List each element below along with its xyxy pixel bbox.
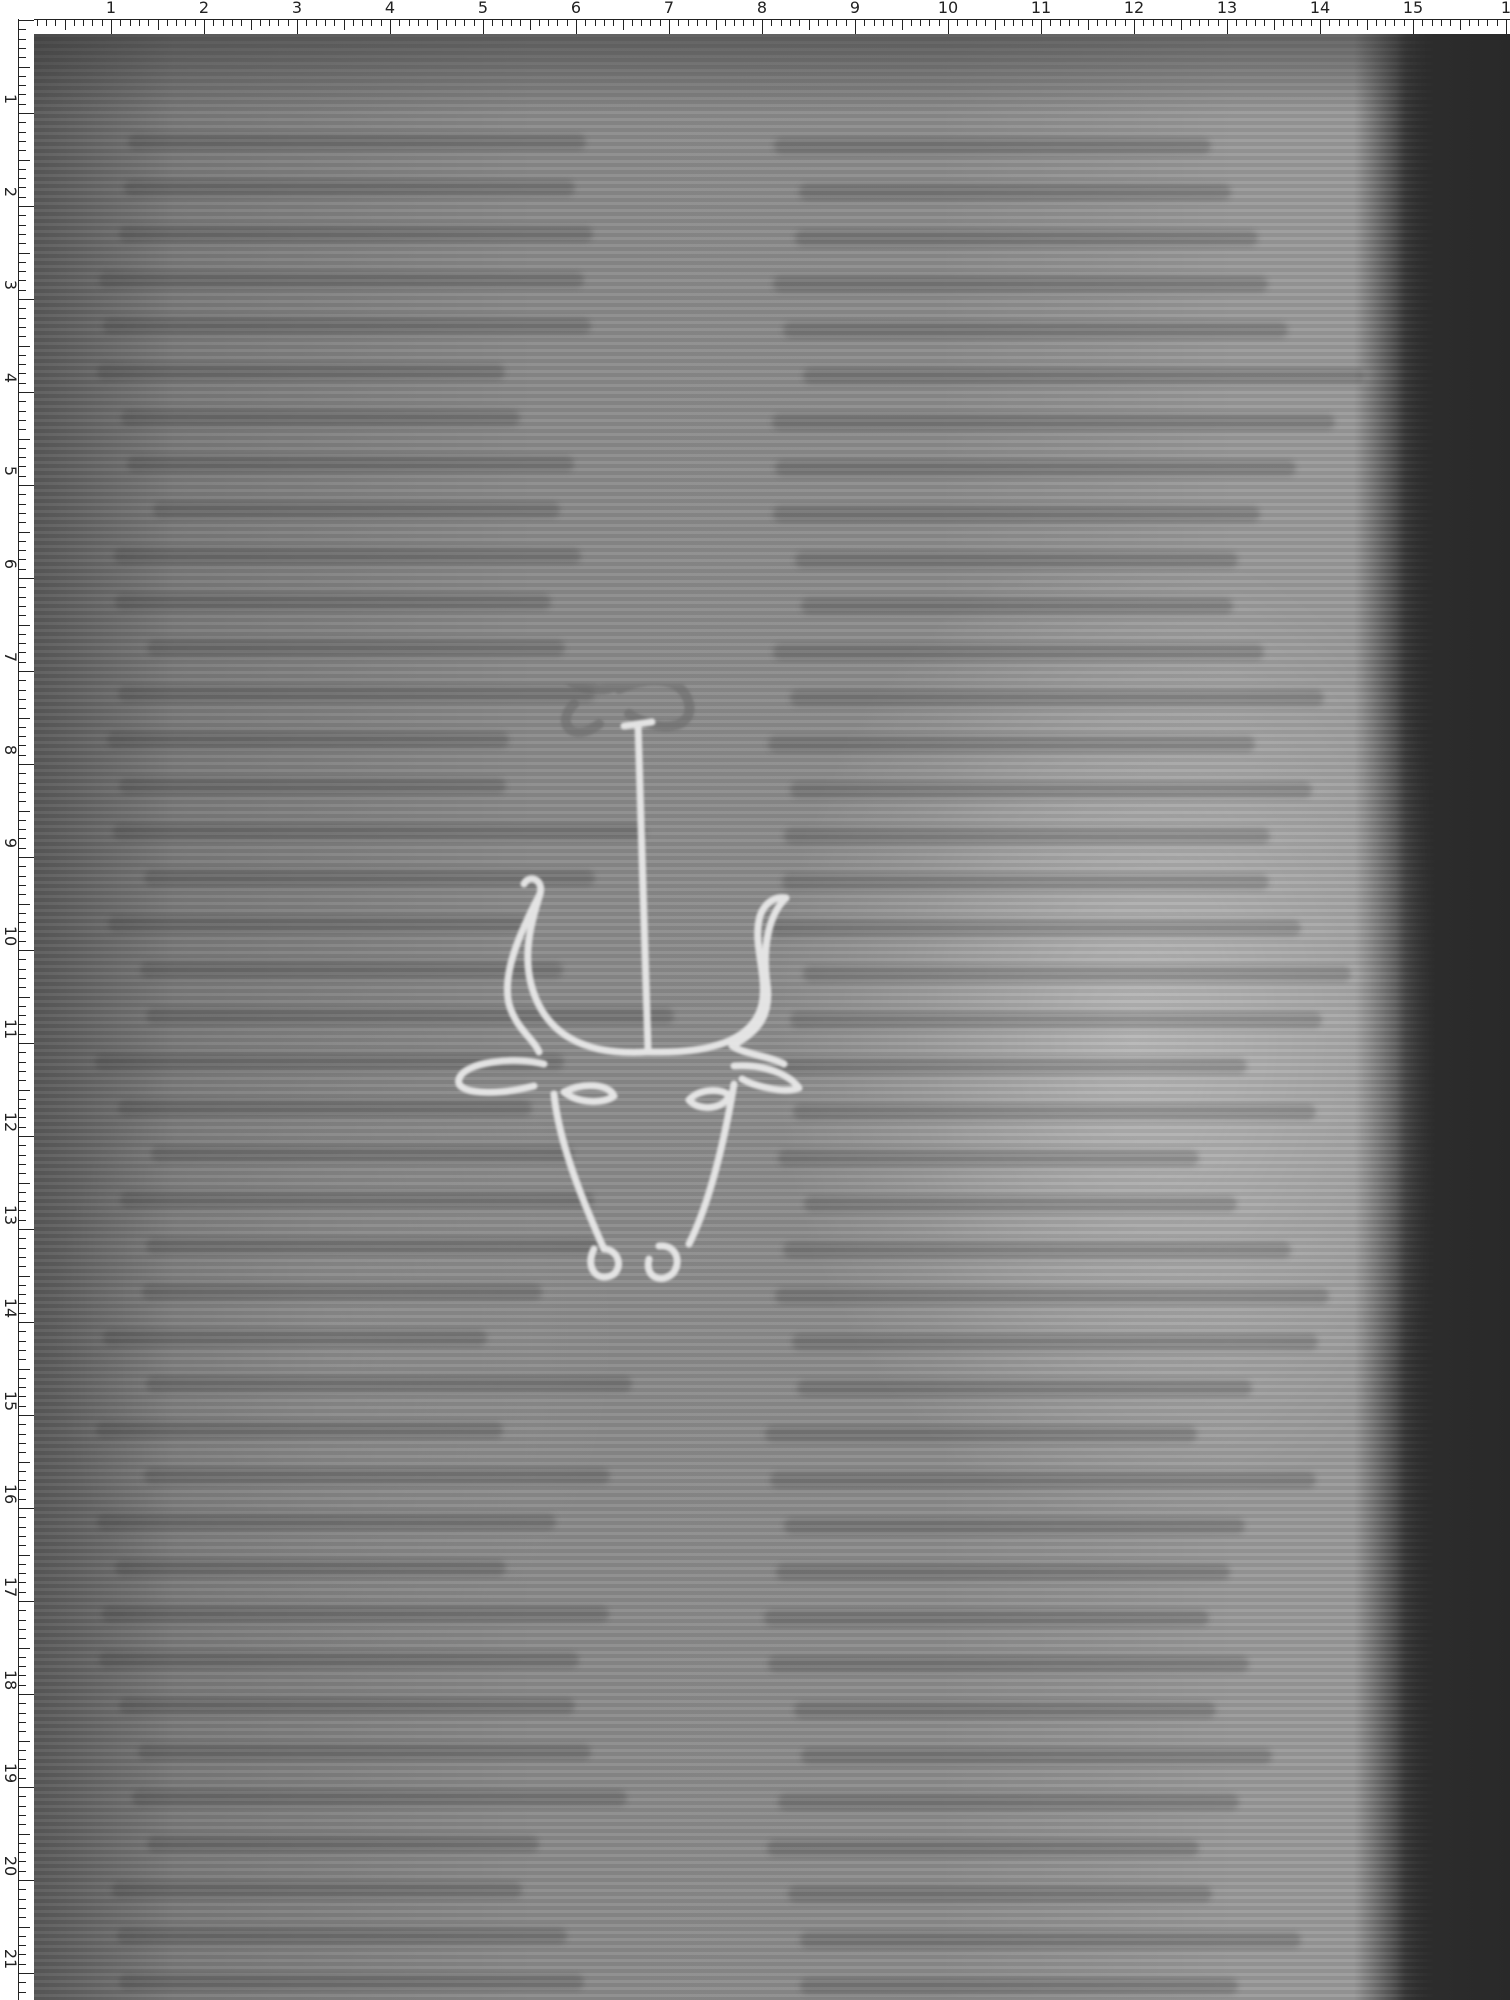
ruler-tick <box>19 1396 26 1397</box>
ruler-label: 12 <box>2 1110 18 1134</box>
ruler-tick <box>19 671 34 672</box>
ruler-tick <box>725 20 726 26</box>
ruler-tick <box>19 941 26 942</box>
ruler-tick <box>19 1648 30 1649</box>
ruler-tick <box>19 513 26 514</box>
ruler-tick <box>19 336 26 337</box>
ruler-tick <box>799 20 800 26</box>
ruler-tick <box>19 448 26 449</box>
ruler-tick <box>985 20 986 26</box>
ruler-tick <box>19 271 26 272</box>
ruler-tick <box>1041 20 1042 34</box>
ruler-label: 9 <box>850 0 860 16</box>
ruler-tick <box>19 1062 26 1063</box>
ruler-tick <box>539 20 540 26</box>
ruler-tick <box>19 411 26 412</box>
ruler-tick <box>19 48 26 49</box>
ruler-tick <box>19 801 26 802</box>
ruler-tick <box>650 20 651 26</box>
shadow-band <box>1396 34 1510 2000</box>
ruler-tick <box>223 20 224 26</box>
ruler-tick <box>1181 20 1182 30</box>
ruler-tick <box>19 727 26 728</box>
ruler-tick <box>19 215 26 216</box>
ruler-tick <box>883 20 884 26</box>
ruler-tick <box>1134 20 1135 34</box>
ruler-tick <box>557 20 558 26</box>
ruler-tick <box>864 20 865 26</box>
ruler-tick <box>19 718 30 719</box>
ruler-tick <box>1143 20 1144 26</box>
left-ruler: 123456789101112131415161718192021 <box>0 0 34 2000</box>
ruler-tick <box>911 20 912 26</box>
ruler-tick <box>19 857 34 858</box>
ruler-tick <box>1404 20 1405 26</box>
ruler-tick <box>19 57 26 58</box>
ruler-tick <box>204 20 205 34</box>
ruler-tick <box>929 20 930 26</box>
ruler-tick <box>418 20 419 26</box>
manuscript-scan <box>34 34 1510 2000</box>
ruler-tick <box>19 950 34 951</box>
ruler-tick <box>1394 20 1395 26</box>
ruler-tick <box>19 1508 34 1509</box>
ruler-tick <box>595 20 596 26</box>
ruler-tick <box>19 1117 26 1118</box>
ruler-tick <box>19 1694 34 1695</box>
ruler-tick <box>409 20 410 26</box>
ruler-label: 12 <box>1124 0 1144 16</box>
ruler-tick <box>19 1917 26 1918</box>
ruler-tick <box>19 820 26 821</box>
ruler-tick <box>19 1220 26 1221</box>
ruler-tick <box>706 20 707 26</box>
ruler-tick <box>19 1657 26 1658</box>
ruler-tick <box>19 1052 26 1053</box>
ruler-tick <box>19 643 26 644</box>
ruler-label: 11 <box>2 1017 18 1041</box>
ruler-tick <box>641 20 642 26</box>
ruler-tick <box>19 1899 26 1900</box>
ruler-tick <box>65 20 66 30</box>
ruler-tick <box>1227 20 1228 34</box>
ruler-tick <box>19 1703 26 1704</box>
ruler-label: 3 <box>292 0 302 16</box>
ruler-tick <box>19 1610 26 1611</box>
ruler-tick <box>19 1806 26 1807</box>
ruler-tick <box>1032 20 1033 26</box>
ruler-tick <box>1413 20 1414 34</box>
ruler-tick <box>19 318 26 319</box>
ruler-label: 5 <box>2 459 18 483</box>
ruler-tick <box>995 20 996 30</box>
ruler-tick <box>19 150 26 151</box>
ruler-tick <box>19 1629 26 1630</box>
ruler-tick <box>19 67 30 68</box>
ruler-tick <box>297 20 298 34</box>
ruler-tick <box>19 401 26 402</box>
ruler-tick <box>19 392 34 393</box>
ruler-tick <box>19 559 26 560</box>
ruler-tick <box>19 1024 26 1025</box>
ruler-tick <box>19 373 26 374</box>
ruler-tick <box>344 20 345 30</box>
ruler-tick <box>19 29 26 30</box>
ruler-tick <box>19 1462 30 1463</box>
ruler-tick <box>19 1034 26 1035</box>
ruler-tick <box>818 20 819 26</box>
ruler-tick <box>1311 20 1312 26</box>
ruler-tick <box>19 652 26 653</box>
ruler-label: 11 <box>1031 0 1051 16</box>
ruler-tick <box>585 20 586 26</box>
ruler-tick <box>1497 20 1498 26</box>
top-ruler: 01234567891011121314151 <box>0 0 1510 34</box>
ruler-tick <box>19 1787 34 1788</box>
ruler-label: 5 <box>478 0 488 16</box>
bull-head-watermark-icon <box>424 684 864 1324</box>
ruler-tick <box>19 1973 34 1974</box>
ruler-label: 19 <box>2 1761 18 1785</box>
ruler-tick <box>511 20 512 26</box>
ruler-tick <box>1078 20 1079 26</box>
ruler-tick <box>19 1982 26 1983</box>
ruler-tick <box>678 20 679 26</box>
ruler-tick <box>19 85 26 86</box>
ruler-label: 1 <box>1501 0 1510 16</box>
ruler-label: 7 <box>2 645 18 669</box>
ruler-tick <box>19 160 30 161</box>
ruler-tick <box>19 1443 26 1444</box>
ruler-tick <box>19 1164 26 1165</box>
ruler-tick <box>325 20 326 26</box>
ruler-tick <box>19 1527 26 1528</box>
ruler-tick <box>19 1238 26 1239</box>
ruler-label: 8 <box>757 0 767 16</box>
ruler-tick <box>1283 20 1284 26</box>
ruler-tick <box>19 615 26 616</box>
ruler-label: 18 <box>2 1668 18 1692</box>
ruler-tick <box>1301 20 1302 26</box>
ruler-label: 6 <box>2 552 18 576</box>
ruler-tick <box>1106 20 1107 26</box>
ruler-label: 3 <box>2 273 18 297</box>
ruler-tick <box>19 1452 26 1453</box>
ruler-tick <box>19 1936 26 1937</box>
ruler-tick <box>102 20 103 26</box>
ruler-tick <box>19 494 26 495</box>
ruler-tick <box>19 1006 26 1007</box>
ruler-tick <box>19 1322 34 1323</box>
ruler-tick <box>19 745 26 746</box>
ruler-tick <box>19 1852 26 1853</box>
ruler-tick <box>19 708 26 709</box>
ruler-tick <box>716 20 717 30</box>
ruler-tick <box>1088 20 1089 30</box>
ruler-tick <box>1357 20 1358 26</box>
ruler-tick <box>19 783 26 784</box>
ruler-tick <box>19 1294 26 1295</box>
ruler-tick <box>19 243 26 244</box>
ruler-tick <box>1367 20 1368 30</box>
ruler-tick <box>19 1489 26 1490</box>
ruler-label: 14 <box>2 1296 18 1320</box>
ruler-tick <box>371 20 372 26</box>
ruler-tick <box>19 234 26 235</box>
ruler-label: 13 <box>2 1203 18 1227</box>
ruler-tick <box>83 20 84 26</box>
ruler-tick <box>669 20 670 34</box>
ruler-label: 7 <box>664 0 674 16</box>
ruler-tick <box>455 20 456 26</box>
ruler-tick <box>19 522 26 523</box>
ruler-tick <box>334 20 335 26</box>
ruler-tick <box>19 308 26 309</box>
ruler-label: 16 <box>2 1482 18 1506</box>
ruler-label: 4 <box>385 0 395 16</box>
ruler-tick <box>111 20 112 34</box>
ruler-tick <box>855 20 856 34</box>
ruler-tick <box>19 1266 26 1267</box>
ruler-tick <box>19 1731 26 1732</box>
ruler-tick <box>19 1992 26 1993</box>
ruler-tick <box>967 20 968 26</box>
ruler-tick <box>19 466 26 467</box>
ruler-tick <box>19 420 26 421</box>
ruler-tick <box>660 20 661 26</box>
ruler-tick <box>1320 20 1321 34</box>
ruler-tick <box>19 1945 26 1946</box>
ruler-tick <box>19 299 34 300</box>
ruler-tick <box>241 20 242 26</box>
ruler-tick <box>19 1071 26 1072</box>
ruler-tick <box>19 1685 26 1686</box>
ruler-tick <box>604 20 605 26</box>
ruler-tick <box>781 20 782 26</box>
ruler-tick <box>19 1638 26 1639</box>
ruler-label: 10 <box>2 924 18 948</box>
ruler-tick <box>19 1536 26 1537</box>
ruler-tick <box>1422 20 1423 26</box>
ruler-tick <box>1013 20 1014 26</box>
ruler-tick <box>19 504 26 505</box>
ruler-tick <box>19 104 26 105</box>
ruler-tick <box>19 346 30 347</box>
top-shade <box>34 34 1510 114</box>
ruler-tick <box>19 1331 26 1332</box>
ruler-tick <box>19 262 26 263</box>
ruler-tick <box>19 764 34 765</box>
ruler-tick <box>836 20 837 26</box>
ruler-tick <box>520 20 521 26</box>
ruler-tick <box>19 1424 26 1425</box>
ruler-tick <box>19 1192 26 1193</box>
ruler-tick <box>19 1843 26 1844</box>
ruler-label: 9 <box>2 831 18 855</box>
ruler-tick <box>19 634 26 635</box>
ruler-tick <box>19 978 26 979</box>
ruler-tick <box>19 1099 26 1100</box>
ruler-tick <box>19 1880 34 1881</box>
ruler-tick <box>19 597 26 598</box>
ruler-tick <box>1478 20 1479 26</box>
ruler-tick <box>892 20 893 26</box>
ruler-tick <box>567 20 568 26</box>
ruler-tick <box>19 606 26 607</box>
ruler-tick <box>19 476 26 477</box>
ruler-tick <box>19 1778 26 1779</box>
ruler-tick <box>530 20 531 30</box>
ruler-tick <box>130 20 131 26</box>
ruler-tick <box>19 439 30 440</box>
ruler-tick <box>19 197 26 198</box>
ruler-tick <box>19 662 26 663</box>
ruler-tick <box>19 1257 26 1258</box>
ruler-tick <box>19 1015 26 1016</box>
ruler-tick <box>19 578 34 579</box>
ruler-tick <box>19 1369 30 1370</box>
ruler-tick <box>19 1313 26 1314</box>
ruler-tick <box>976 20 977 26</box>
ruler-tick <box>19 1434 26 1435</box>
ruler-label: 10 <box>938 0 958 16</box>
ruler-tick <box>19 1889 26 1890</box>
ruler-tick <box>19 1127 26 1128</box>
ruler-tick <box>19 1155 26 1156</box>
ruler-tick <box>19 1517 26 1518</box>
ruler-tick <box>19 1666 26 1667</box>
ruler-tick <box>1246 20 1247 26</box>
ruler-tick <box>19 913 26 914</box>
ruler-tick <box>19 178 26 179</box>
ruler-tick <box>19 122 26 123</box>
ruler-label: 4 <box>2 366 18 390</box>
ruler-tick <box>874 20 875 26</box>
ruler-tick <box>1162 20 1163 26</box>
ruler-tick <box>176 20 177 26</box>
ruler-tick <box>502 20 503 26</box>
ruler-tick <box>19 253 30 254</box>
ruler-tick <box>19 1350 26 1351</box>
ruler-tick <box>623 20 624 30</box>
ruler-tick <box>1218 20 1219 26</box>
ruler-tick <box>19 113 34 114</box>
ruler-tick <box>19 829 26 830</box>
ruler-tick <box>957 20 958 26</box>
ruler-tick <box>1069 20 1070 26</box>
ruler-tick <box>743 20 744 26</box>
ruler-tick <box>1171 20 1172 26</box>
ruler-tick <box>19 550 26 551</box>
ruler-tick <box>19 1573 26 1574</box>
ruler-tick <box>399 20 400 26</box>
ruler-tick <box>948 20 949 34</box>
ruler-tick <box>19 587 26 588</box>
ruler-tick <box>92 20 93 26</box>
ruler-tick <box>19 1210 26 1211</box>
ruler-tick <box>19 1480 26 1481</box>
ruler-label: 21 <box>2 1947 18 1971</box>
ruler-tick <box>427 20 428 26</box>
ruler-tick <box>19 76 26 77</box>
ruler-tick <box>19 699 26 700</box>
ruler-tick <box>1050 20 1051 26</box>
ruler-label: 15 <box>1403 0 1423 16</box>
ruler-tick <box>19 94 26 95</box>
ruler-tick <box>19 1824 26 1825</box>
ruler-tick <box>19 904 30 905</box>
ruler-label: 14 <box>1310 0 1330 16</box>
ruler-tick <box>1441 20 1442 26</box>
ruler-tick <box>19 1499 26 1500</box>
ruler-label: 17 <box>2 1575 18 1599</box>
ruler-tick <box>902 20 903 30</box>
ruler-tick <box>19 1229 34 1230</box>
ruler-tick <box>1385 20 1386 26</box>
ruler-tick <box>771 20 772 26</box>
ruler-tick <box>19 132 26 133</box>
ruler-tick <box>19 1815 26 1816</box>
ruler-tick <box>19 1750 26 1751</box>
ruler-tick <box>19 1620 26 1621</box>
ruler-tick <box>19 429 26 430</box>
ruler-tick <box>195 20 196 26</box>
ruler-tick <box>19 690 26 691</box>
ruler-tick <box>19 1861 26 1862</box>
ruler-tick <box>19 997 30 998</box>
ruler-tick <box>19 625 30 626</box>
ruler-tick <box>19 1964 26 1965</box>
ruler-tick <box>19 876 26 877</box>
ruler-tick <box>19 1108 26 1109</box>
ruler-tick <box>19 1871 26 1872</box>
ruler-tick <box>19 1341 26 1342</box>
ruler-tick <box>19 1303 26 1304</box>
ruler-label: 1 <box>2 87 18 111</box>
ruler-tick <box>734 20 735 26</box>
ruler-tick <box>19 1359 26 1360</box>
ruler-tick <box>19 1768 26 1769</box>
ruler-tick <box>1432 20 1433 26</box>
ruler-tick <box>19 280 26 281</box>
ruler-tick <box>19 225 26 226</box>
ruler-tick <box>269 20 270 26</box>
ruler-tick <box>483 20 484 34</box>
ruler-tick <box>390 20 391 34</box>
ruler-tick <box>753 20 754 26</box>
ruler-tick <box>55 20 56 26</box>
ruler-tick <box>19 39 26 40</box>
ruler-tick <box>1274 20 1275 30</box>
ruler-tick <box>1022 20 1023 26</box>
ruler-tick <box>19 383 26 384</box>
ruler-tick <box>1264 20 1265 26</box>
ruler-tick <box>251 20 252 30</box>
ruler-tick <box>19 1713 26 1714</box>
ruler-tick <box>446 20 447 26</box>
ruler-tick <box>1487 20 1488 26</box>
ruler-tick <box>790 20 791 26</box>
ruler-tick <box>19 1908 26 1909</box>
ruler-tick <box>809 20 810 30</box>
ruler-tick <box>19 1201 26 1202</box>
ruler-tick <box>19 1090 30 1091</box>
ruler-tick <box>19 1759 26 1760</box>
ruler-tick <box>19 1173 26 1174</box>
ruler-tick <box>19 866 26 867</box>
ruler-tick <box>1460 20 1461 30</box>
ruler-label: 1 <box>106 0 116 16</box>
